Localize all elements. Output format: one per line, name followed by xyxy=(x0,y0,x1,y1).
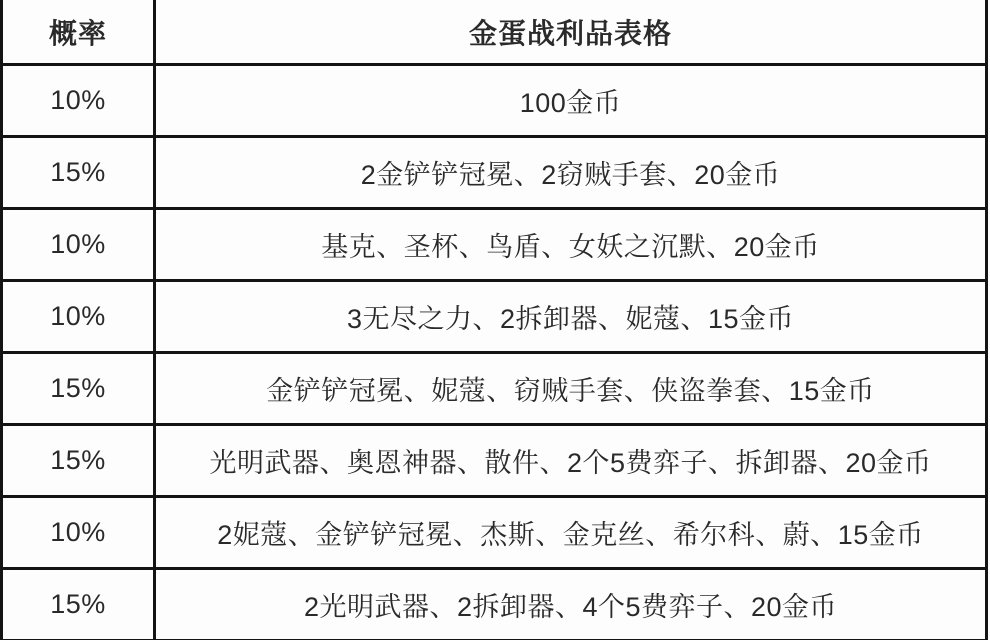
column-header-title: 金蛋战利品表格 xyxy=(155,0,987,65)
table-row: 15%光明武器、奥恩神器、散件、2个5费弈子、拆卸器、20金币 xyxy=(2,425,987,497)
table-row: 15%2光明武器、2拆卸器、4个5费弈子、20金币 xyxy=(2,569,987,640)
loot-cell: 基克、圣杯、鸟盾、女妖之沉默、20金币 xyxy=(155,209,987,281)
table-row: 15%2金铲铲冠冕、2窃贼手套、20金币 xyxy=(2,137,987,209)
loot-cell: 2金铲铲冠冕、2窃贼手套、20金币 xyxy=(155,137,987,209)
probability-cell: 15% xyxy=(2,425,155,497)
probability-cell: 10% xyxy=(2,65,155,137)
probability-cell: 10% xyxy=(2,209,155,281)
loot-cell: 100金币 xyxy=(155,65,987,137)
loot-table-header: 概率 金蛋战利品表格 xyxy=(2,0,987,65)
loot-cell: 3无尽之力、2拆卸器、妮蔻、15金币 xyxy=(155,281,987,353)
loot-cell: 2光明武器、2拆卸器、4个5费弈子、20金币 xyxy=(155,569,987,640)
probability-cell: 10% xyxy=(2,281,155,353)
probability-cell: 15% xyxy=(2,137,155,209)
column-header-probability: 概率 xyxy=(2,0,155,65)
loot-table-body: 10%100金币15%2金铲铲冠冕、2窃贼手套、20金币10%基克、圣杯、鸟盾、… xyxy=(2,65,987,640)
loot-cell: 金铲铲冠冕、妮蔻、窃贼手套、侠盗拳套、15金币 xyxy=(155,353,987,425)
header-row: 概率 金蛋战利品表格 xyxy=(2,0,987,65)
loot-cell: 2妮蔻、金铲铲冠冕、杰斯、金克丝、希尔科、蔚、15金币 xyxy=(155,497,987,569)
table-row: 15%金铲铲冠冕、妮蔻、窃贼手套、侠盗拳套、15金币 xyxy=(2,353,987,425)
golden-egg-loot-table: 概率 金蛋战利品表格 10%100金币15%2金铲铲冠冕、2窃贼手套、20金币1… xyxy=(0,0,988,640)
probability-cell: 10% xyxy=(2,497,155,569)
table-row: 10%2妮蔻、金铲铲冠冕、杰斯、金克丝、希尔科、蔚、15金币 xyxy=(2,497,987,569)
probability-cell: 15% xyxy=(2,353,155,425)
probability-cell: 15% xyxy=(2,569,155,640)
loot-cell: 光明武器、奥恩神器、散件、2个5费弈子、拆卸器、20金币 xyxy=(155,425,987,497)
table-row: 10%100金币 xyxy=(2,65,987,137)
table-row: 10%3无尽之力、2拆卸器、妮蔻、15金币 xyxy=(2,281,987,353)
table-row: 10%基克、圣杯、鸟盾、女妖之沉默、20金币 xyxy=(2,209,987,281)
